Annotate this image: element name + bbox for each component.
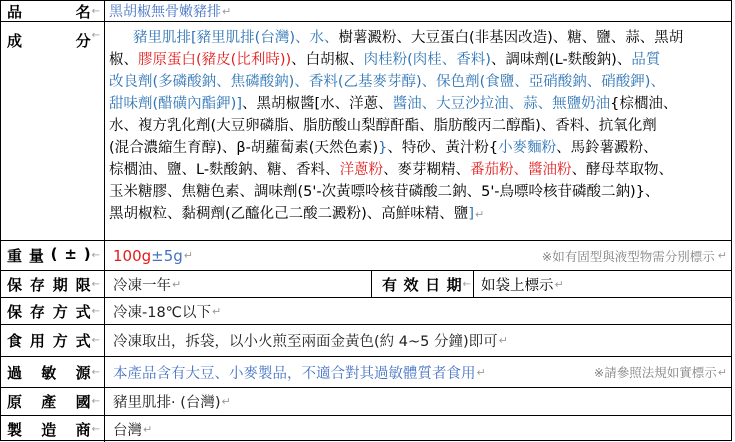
ingredient-segment: {棕櫚油、: [610, 96, 677, 112]
ingredient-segment: 棕櫚油、鹽、L-麩酸鈉、糖、香料、: [109, 162, 340, 178]
label-product-name: 品名←: [1, 1, 105, 21]
label-char: 式: [76, 330, 91, 351]
ingredient-segment: 肉桂粉(肉桂、香料): [364, 52, 491, 68]
label-char: 用: [30, 330, 45, 351]
row-ingredients: 成分← 豬里肌排[豬里肌排(台灣)、水、樹薯澱粉、大豆蛋白(非基因改造)、糖、鹽…: [1, 22, 731, 241]
product-name-text: 黑胡椒無骨嫩豬排: [109, 1, 221, 21]
label-char: 品: [7, 1, 22, 22]
return-mark-icon: ↵: [718, 249, 727, 262]
cell-end-mark-icon: ←: [92, 335, 100, 346]
ingredient-segment: 膠原蛋白(豬皮(比利時)): [138, 52, 291, 68]
cell-end-mark-icon: ←: [92, 30, 100, 41]
label-weight: 重量(±)←: [1, 241, 105, 270]
label-char: 限: [76, 274, 91, 295]
return-mark-icon: ↵: [555, 278, 564, 291]
manufacturer-value: 台灣↵: [105, 416, 731, 442]
row-usage: 食用方式← 冷凍取出，拆袋，以小火煎至兩面金黃色(約 4~5 分鐘)即可↵: [1, 325, 731, 357]
return-mark-icon: ↵: [222, 5, 231, 18]
cell-end-mark-icon: ←: [92, 279, 100, 290]
label-char: ±: [64, 245, 77, 266]
ingredient-segment: 、黑胡椒醬[水、洋蔥、: [242, 96, 393, 112]
storage-text: 冷凍-18℃以下: [113, 301, 211, 322]
return-mark-icon: ↵: [475, 208, 484, 221]
label-usage: 食用方式←: [1, 325, 105, 356]
cell-end-mark-icon: ←: [92, 250, 100, 261]
label-char: 日: [425, 274, 440, 295]
ingredient-segment: 洋蔥粉: [340, 162, 384, 178]
ingredients-line: 改良劑(多磷酸鈉、焦磷酸鈉)、香料(乙基麥芽醇)、保色劑(食鹽、亞硝酸鈉、硝酸鉀…: [109, 71, 727, 93]
ingredients-line: 豬里肌排[豬里肌排(台灣)、水、樹薯澱粉、大豆蛋白(非基因改造)、糖、鹽、蒜、黑…: [109, 27, 727, 49]
return-mark-icon: ↵: [184, 249, 193, 262]
return-mark-icon: ↵: [222, 395, 231, 408]
label-shelf-life: 保存期限←: [1, 271, 105, 297]
ingredient-segment: 醬油、大豆沙拉油、蒜、無鹽奶油: [393, 96, 611, 112]
food-label-table: 品名← 黑胡椒無骨嫩豬排↵ 成分← 豬里肌排[豬里肌排(台灣)、水、樹薯澱粉、大…: [0, 0, 732, 441]
allergen-note: ※請參照法規如實標示: [594, 363, 717, 381]
label-char: 產: [41, 391, 56, 412]
label-char: ): [84, 245, 91, 266]
return-mark-icon: ↵: [143, 423, 152, 436]
row-weight: 重量(±)← 100g±5g↵ ※如有固型與液型物需分別標示↵: [1, 241, 731, 271]
ingredient-segment: 、酵母萃取物、: [572, 162, 674, 178]
label-char: 分: [76, 30, 91, 51]
row-allergen: 過敏源← 本產品含有大豆、小麥製品，不適合對其過敏體質者食用↵ ※請參照法規如實…: [1, 357, 731, 388]
label-char: 量: [29, 245, 44, 266]
ingredients-line: 棕櫚油、鹽、L-麩酸鈉、糖、香料、洋蔥粉、麥芽糊精、番茄粉、醬油粉、酵母萃取物、: [109, 159, 727, 181]
label-char: 重: [7, 245, 22, 266]
return-mark-icon: ↵: [212, 305, 221, 318]
weight-value: 100g±5g↵ ※如有固型與液型物需分別標示↵: [105, 241, 731, 270]
row-origin: 原產國← 豬里肌排· (台灣)↵: [1, 388, 731, 416]
return-mark-icon: ↵: [477, 366, 486, 379]
ingredient-segment: ]: [468, 206, 474, 222]
ingredients-line: 椒、膠原蛋白(豬皮(比利時))、白胡椒、肉桂粉(肉桂、香料)、調味劑(L-麩酸鈉…: [109, 49, 727, 71]
label-char: 過: [7, 362, 22, 383]
allergen-text: 本產品含有大豆、小麥製品，不適合對其過敏體質者食用: [113, 362, 476, 383]
label-char: 國: [76, 391, 91, 412]
label-char: 製: [7, 419, 22, 440]
allergen-value: 本產品含有大豆、小麥製品，不適合對其過敏體質者食用↵ ※請參照法規如實標示↵: [105, 357, 731, 387]
shelf-life-text: 冷凍一年: [113, 274, 171, 295]
cell-end-mark-icon: ←: [92, 424, 100, 435]
row-product-name: 品名← 黑胡椒無骨嫩豬排↵: [1, 1, 731, 22]
ingredients-line: 甜味劑(醋磺內酯鉀)]、黑胡椒醬[水、洋蔥、醬油、大豆沙拉油、蒜、無鹽奶油{棕櫚…: [109, 93, 727, 115]
label-char: 造: [41, 419, 56, 440]
label-allergen: 過敏源←: [1, 357, 105, 387]
ingredient-segment: 改良劑(多磷酸鈉、焦磷酸鈉)、香料(乙基麥芽醇)、保色劑(食鹽、亞硝酸鈉、硝酸鉀…: [109, 74, 665, 90]
ingredients-line: 玉米糖膠、焦糖色素、調味劑(5'-次黃嘌呤核苷磷酸二鈉、5'-鳥嘌呤核苷磷酸二鈉…: [109, 181, 727, 203]
origin-value: 豬里肌排· (台灣)↵: [105, 388, 731, 415]
label-char: 名: [76, 1, 91, 22]
label-char: 源: [76, 362, 91, 383]
label-char: 期: [53, 274, 68, 295]
ingredients-line: (混合濃縮生育醇)、β-胡蘿蔔素(天然色素)}、特砂、黃汁粉{小麥麵粉、馬鈴薯澱…: [109, 137, 727, 159]
label-ingredients: 成分←: [1, 22, 105, 240]
ingredient-segment: 品質: [631, 52, 660, 68]
label-char: 效: [404, 274, 419, 295]
row-storage: 保存方式← 冷凍-18℃以下↵: [1, 298, 731, 325]
ingredient-segment: 玉米糖膠、焦糖色素、調味劑(5'-次黃嘌呤核苷磷酸二鈉、5'-鳥嘌呤核苷磷酸二鈉…: [109, 184, 659, 200]
label-char: 有: [382, 274, 397, 295]
ingredient-segment: 、特砂、黃汁粉{: [387, 140, 498, 156]
row-shelf-life: 保存期限← 冷凍一年↵ 有效日期← 如袋上標示↵: [1, 271, 731, 298]
label-char: (: [51, 245, 58, 266]
ingredient-segment: 番茄粉、醬油粉: [470, 162, 572, 178]
label-char: 原: [7, 391, 22, 412]
origin-text: 豬里肌排· (台灣): [113, 391, 221, 412]
label-char: 期: [447, 274, 462, 295]
label-char: 食: [7, 330, 22, 351]
usage-value: 冷凍取出，拆袋，以小火煎至兩面金黃色(約 4~5 分鐘)即可↵: [105, 325, 731, 356]
row-manufacturer: 製造商← 台灣↵: [1, 416, 731, 442]
ingredient-segment: 小麥麵粉: [498, 140, 556, 156]
ingredient-segment: 椒、: [109, 52, 138, 68]
ingredients-text: 豬里肌排[豬里肌排(台灣)、水、樹薯澱粉、大豆蛋白(非基因改造)、糖、鹽、蒜、黑…: [109, 27, 727, 226]
ingredient-segment: 樹薯澱粉、大豆蛋白(非基因改造)、糖、鹽、蒜、黑胡: [338, 30, 683, 46]
ingredient-segment: 水、複方乳化劑(大豆卵磷脂、脂肪酸山梨醇酐酯、脂肪酸丙二醇酯)、香料、抗氧化劑: [109, 118, 657, 134]
ingredients-line: 水、複方乳化劑(大豆卵磷脂、脂肪酸山梨醇酐酯、脂肪酸丙二醇酯)、香料、抗氧化劑: [109, 115, 727, 137]
return-mark-icon: ↵: [172, 278, 181, 291]
label-char: 存: [30, 301, 45, 322]
cell-end-mark-icon: ←: [92, 306, 100, 317]
label-char: 存: [30, 274, 45, 295]
weight-main: 100g: [113, 247, 151, 265]
label-expiry: 有效日期←: [371, 271, 474, 297]
label-char: 保: [7, 301, 22, 322]
label-char: 式: [76, 301, 91, 322]
label-char: 方: [53, 330, 68, 351]
label-char: 成: [7, 30, 22, 51]
ingredient-segment: }: [378, 140, 387, 156]
label-char: 方: [53, 301, 68, 322]
ingredient-segment: 、馬鈴薯澱粉、: [556, 140, 658, 156]
storage-value: 冷凍-18℃以下↵: [105, 298, 731, 324]
label-origin: 原產國←: [1, 388, 105, 415]
weight-tolerance: ±5g: [151, 247, 183, 265]
ingredients-line: 黑胡椒粒、黏稠劑(乙醯化己二酸二澱粉)、高鮮味精、鹽]↵: [109, 203, 727, 226]
ingredient-segment: 、調味劑(L-麩酸鈉)、: [491, 52, 631, 68]
return-mark-icon: ↵: [718, 366, 727, 379]
ingredient-segment: 黑胡椒粒、黏稠劑(乙醯化己二酸二澱粉)、高鮮味精、鹽: [109, 206, 468, 222]
usage-text: 冷凍取出，拆袋，以小火煎至兩面金黃色(約 4~5 分鐘)即可: [113, 330, 498, 351]
ingredient-segment: 、白胡椒、: [291, 52, 364, 68]
cell-end-mark-icon: ←: [463, 279, 471, 290]
label-manufacturer: 製造商←: [1, 416, 105, 442]
cell-end-mark-icon: ←: [92, 6, 100, 17]
cell-end-mark-icon: ←: [92, 367, 100, 378]
product-name-value: 黑胡椒無骨嫩豬排↵: [105, 1, 731, 21]
manufacturer-text: 台灣: [113, 419, 142, 440]
expiry-text: 如袋上標示: [481, 274, 554, 295]
ingredient-segment: 豬里肌排[豬里肌排(台灣)、水、: [133, 30, 338, 46]
ingredient-segment: 甜味劑(醋磺內酯鉀)]: [109, 96, 242, 112]
ingredient-segment: 、麥芽糊精、: [383, 162, 470, 178]
weight-note: ※如有固型與液型物需分別標示: [542, 247, 715, 265]
ingredient-segment: (混合濃縮生育醇)、β-胡蘿蔔素(天然色素): [109, 140, 378, 156]
label-storage: 保存方式←: [1, 298, 105, 324]
cell-end-mark-icon: ←: [92, 396, 100, 407]
expiry-value: 如袋上標示↵: [474, 271, 564, 297]
label-char: 商: [76, 419, 91, 440]
label-char: 敏: [41, 362, 56, 383]
return-mark-icon: ↵: [499, 334, 508, 347]
label-char: 保: [7, 274, 22, 295]
